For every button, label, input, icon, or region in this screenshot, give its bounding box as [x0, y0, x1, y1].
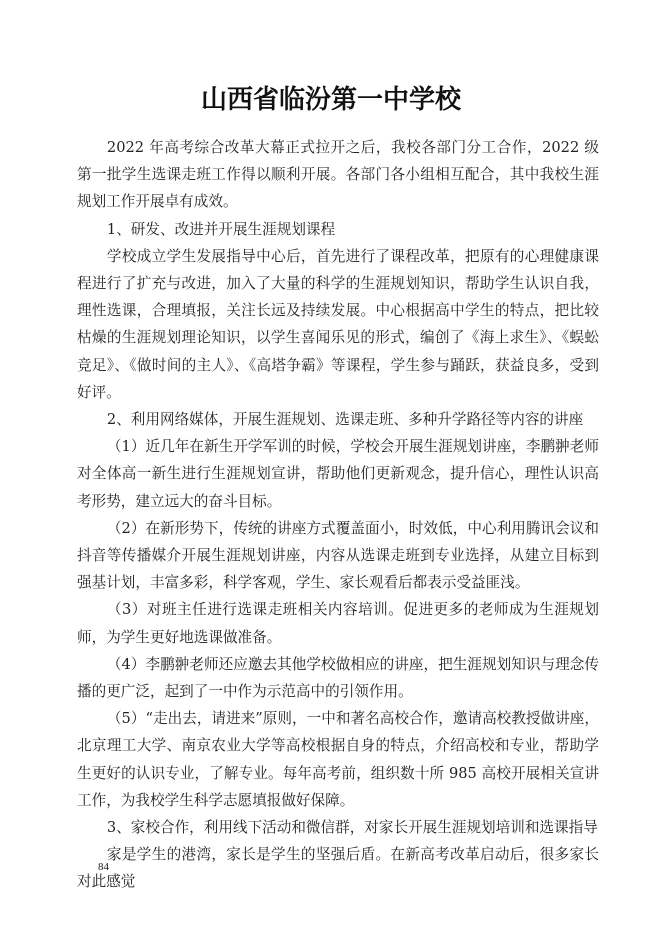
page-title: 山西省临汾第一中学校	[0, 83, 662, 117]
section-heading-3: 3、家校合作，利用线下活动和微信群，对家长开展生涯规划培训和选课指导	[77, 814, 599, 841]
paragraph-intro: 2022 年高考综合改革大幕正式拉开之后，我校各部门分工合作，2022 级第一批…	[77, 134, 599, 216]
section-heading-2: 2、利用网络媒体，开展生涯规划、选课走班、多种升学路径等内容的讲座	[77, 406, 599, 433]
paragraph-item-1: （1）近几年在新生开学军训的时候，学校会开展生涯规划讲座，李鹏翀老师对全体高一新…	[77, 433, 599, 515]
document-body: 2022 年高考综合改革大幕正式拉开之后，我校各部门分工合作，2022 级第一批…	[77, 134, 599, 896]
paragraph-item-4: （4）李鹏翀老师还应邀去其他学校做相应的讲座，把生涯规划知识与理念传播的更广泛，…	[77, 651, 599, 705]
paragraph-item-3: （3）对班主任进行选课走班相关内容培训。促进更多的老师成为生涯规划师，为学生更好…	[77, 596, 599, 650]
document-page: 山西省临汾第一中学校 2022 年高考综合改革大幕正式拉开之后，我校各部门分工合…	[0, 0, 662, 936]
paragraph-item-5: （5）“走出去，请进来”原则，一中和著名高校合作，邀请高校教授做讲座，北京理工大…	[77, 705, 599, 814]
paragraph-family: 家是学生的港湾，家长是学生的坚强后盾。在新高考改革启动后，很多家长对此感觉	[77, 841, 599, 895]
paragraph-curriculum: 学校成立学生发展指导中心后，首先进行了课程改革，把原有的心理健康课程进行了扩充与…	[77, 243, 599, 406]
section-heading-1: 1、研发、改进并开展生涯规划课程	[77, 216, 599, 243]
page-number: 84	[98, 861, 109, 873]
paragraph-item-2: （2）在新形势下，传统的讲座方式覆盖面小，时效低，中心利用腾讯会议和抖音等传播媒…	[77, 515, 599, 597]
